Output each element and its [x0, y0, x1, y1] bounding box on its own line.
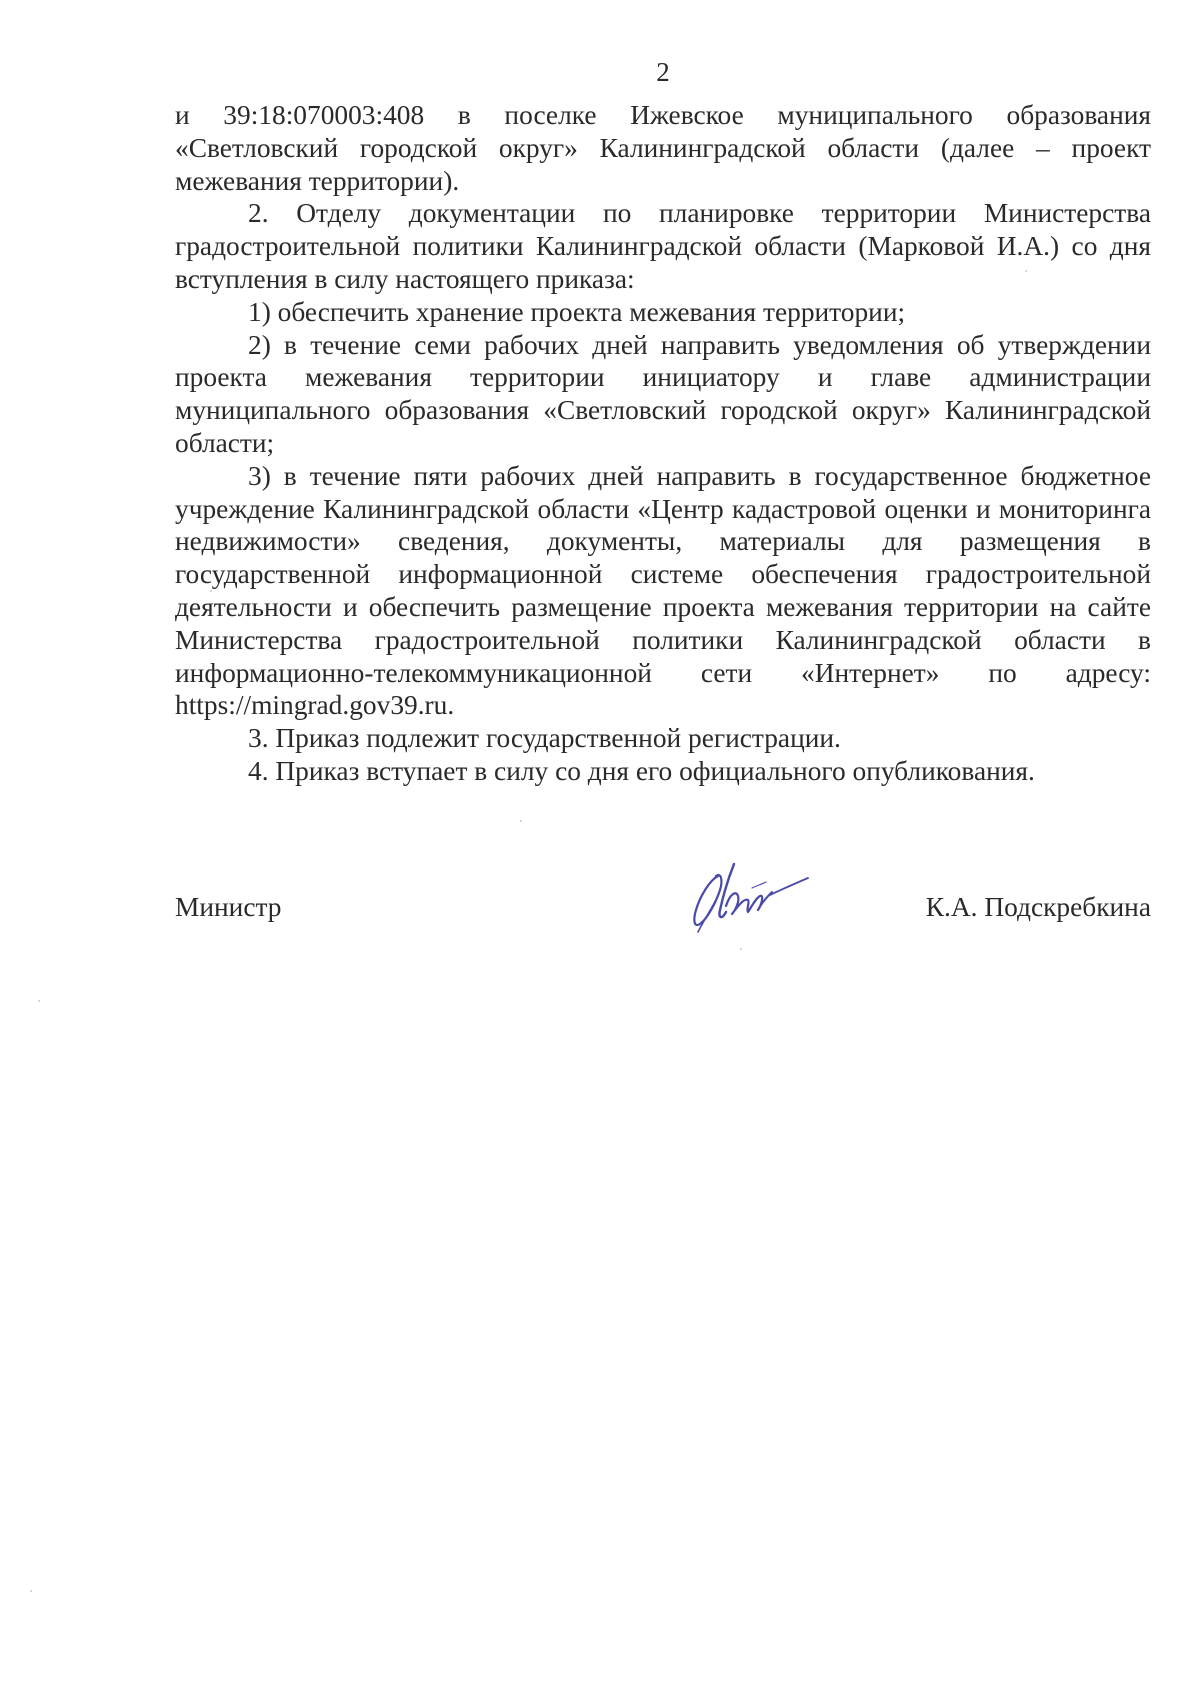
signer-title: Министр	[175, 890, 282, 924]
signature-block: Министр К.А. Подскребкина	[175, 890, 1151, 930]
paragraph-item-2: 2. Отделу документации по планировке тер…	[175, 197, 1151, 295]
paragraph-item-2-3-text: 3) в течение пяти рабочих дней направить…	[175, 461, 1151, 688]
page-number: 2	[0, 56, 1200, 88]
paragraph-item-2-3-end: .	[447, 690, 454, 720]
scan-speck	[30, 1590, 32, 1592]
paragraph-item-3: 3. Приказ подлежит государственной регис…	[175, 722, 1151, 755]
signer-name: К.А. Подскребкина	[926, 890, 1151, 924]
paragraph-item-4: 4. Приказ вступает в силу со дня его офи…	[175, 755, 1151, 788]
paragraph-continuation: и 39:18:070003:408 в поселке Ижевское му…	[175, 99, 1151, 197]
scan-speck	[1025, 270, 1027, 272]
scan-speck	[520, 820, 522, 822]
scan-speck	[38, 1000, 40, 1002]
document-body: и 39:18:070003:408 в поселке Ижевское му…	[175, 99, 1151, 788]
paragraph-item-2-1: 1) обеспечить хранение проекта межевания…	[175, 296, 1151, 329]
ministry-website-link[interactable]: https://mingrad.gov39.ru	[175, 690, 447, 720]
scan-speck	[210, 590, 212, 592]
paragraph-item-2-3: 3) в течение пяти рабочих дней направить…	[175, 460, 1151, 722]
scan-speck	[740, 948, 742, 950]
paragraph-item-2-2: 2) в течение семи рабочих дней направить…	[175, 329, 1151, 460]
handwritten-signature-icon	[688, 862, 813, 937]
